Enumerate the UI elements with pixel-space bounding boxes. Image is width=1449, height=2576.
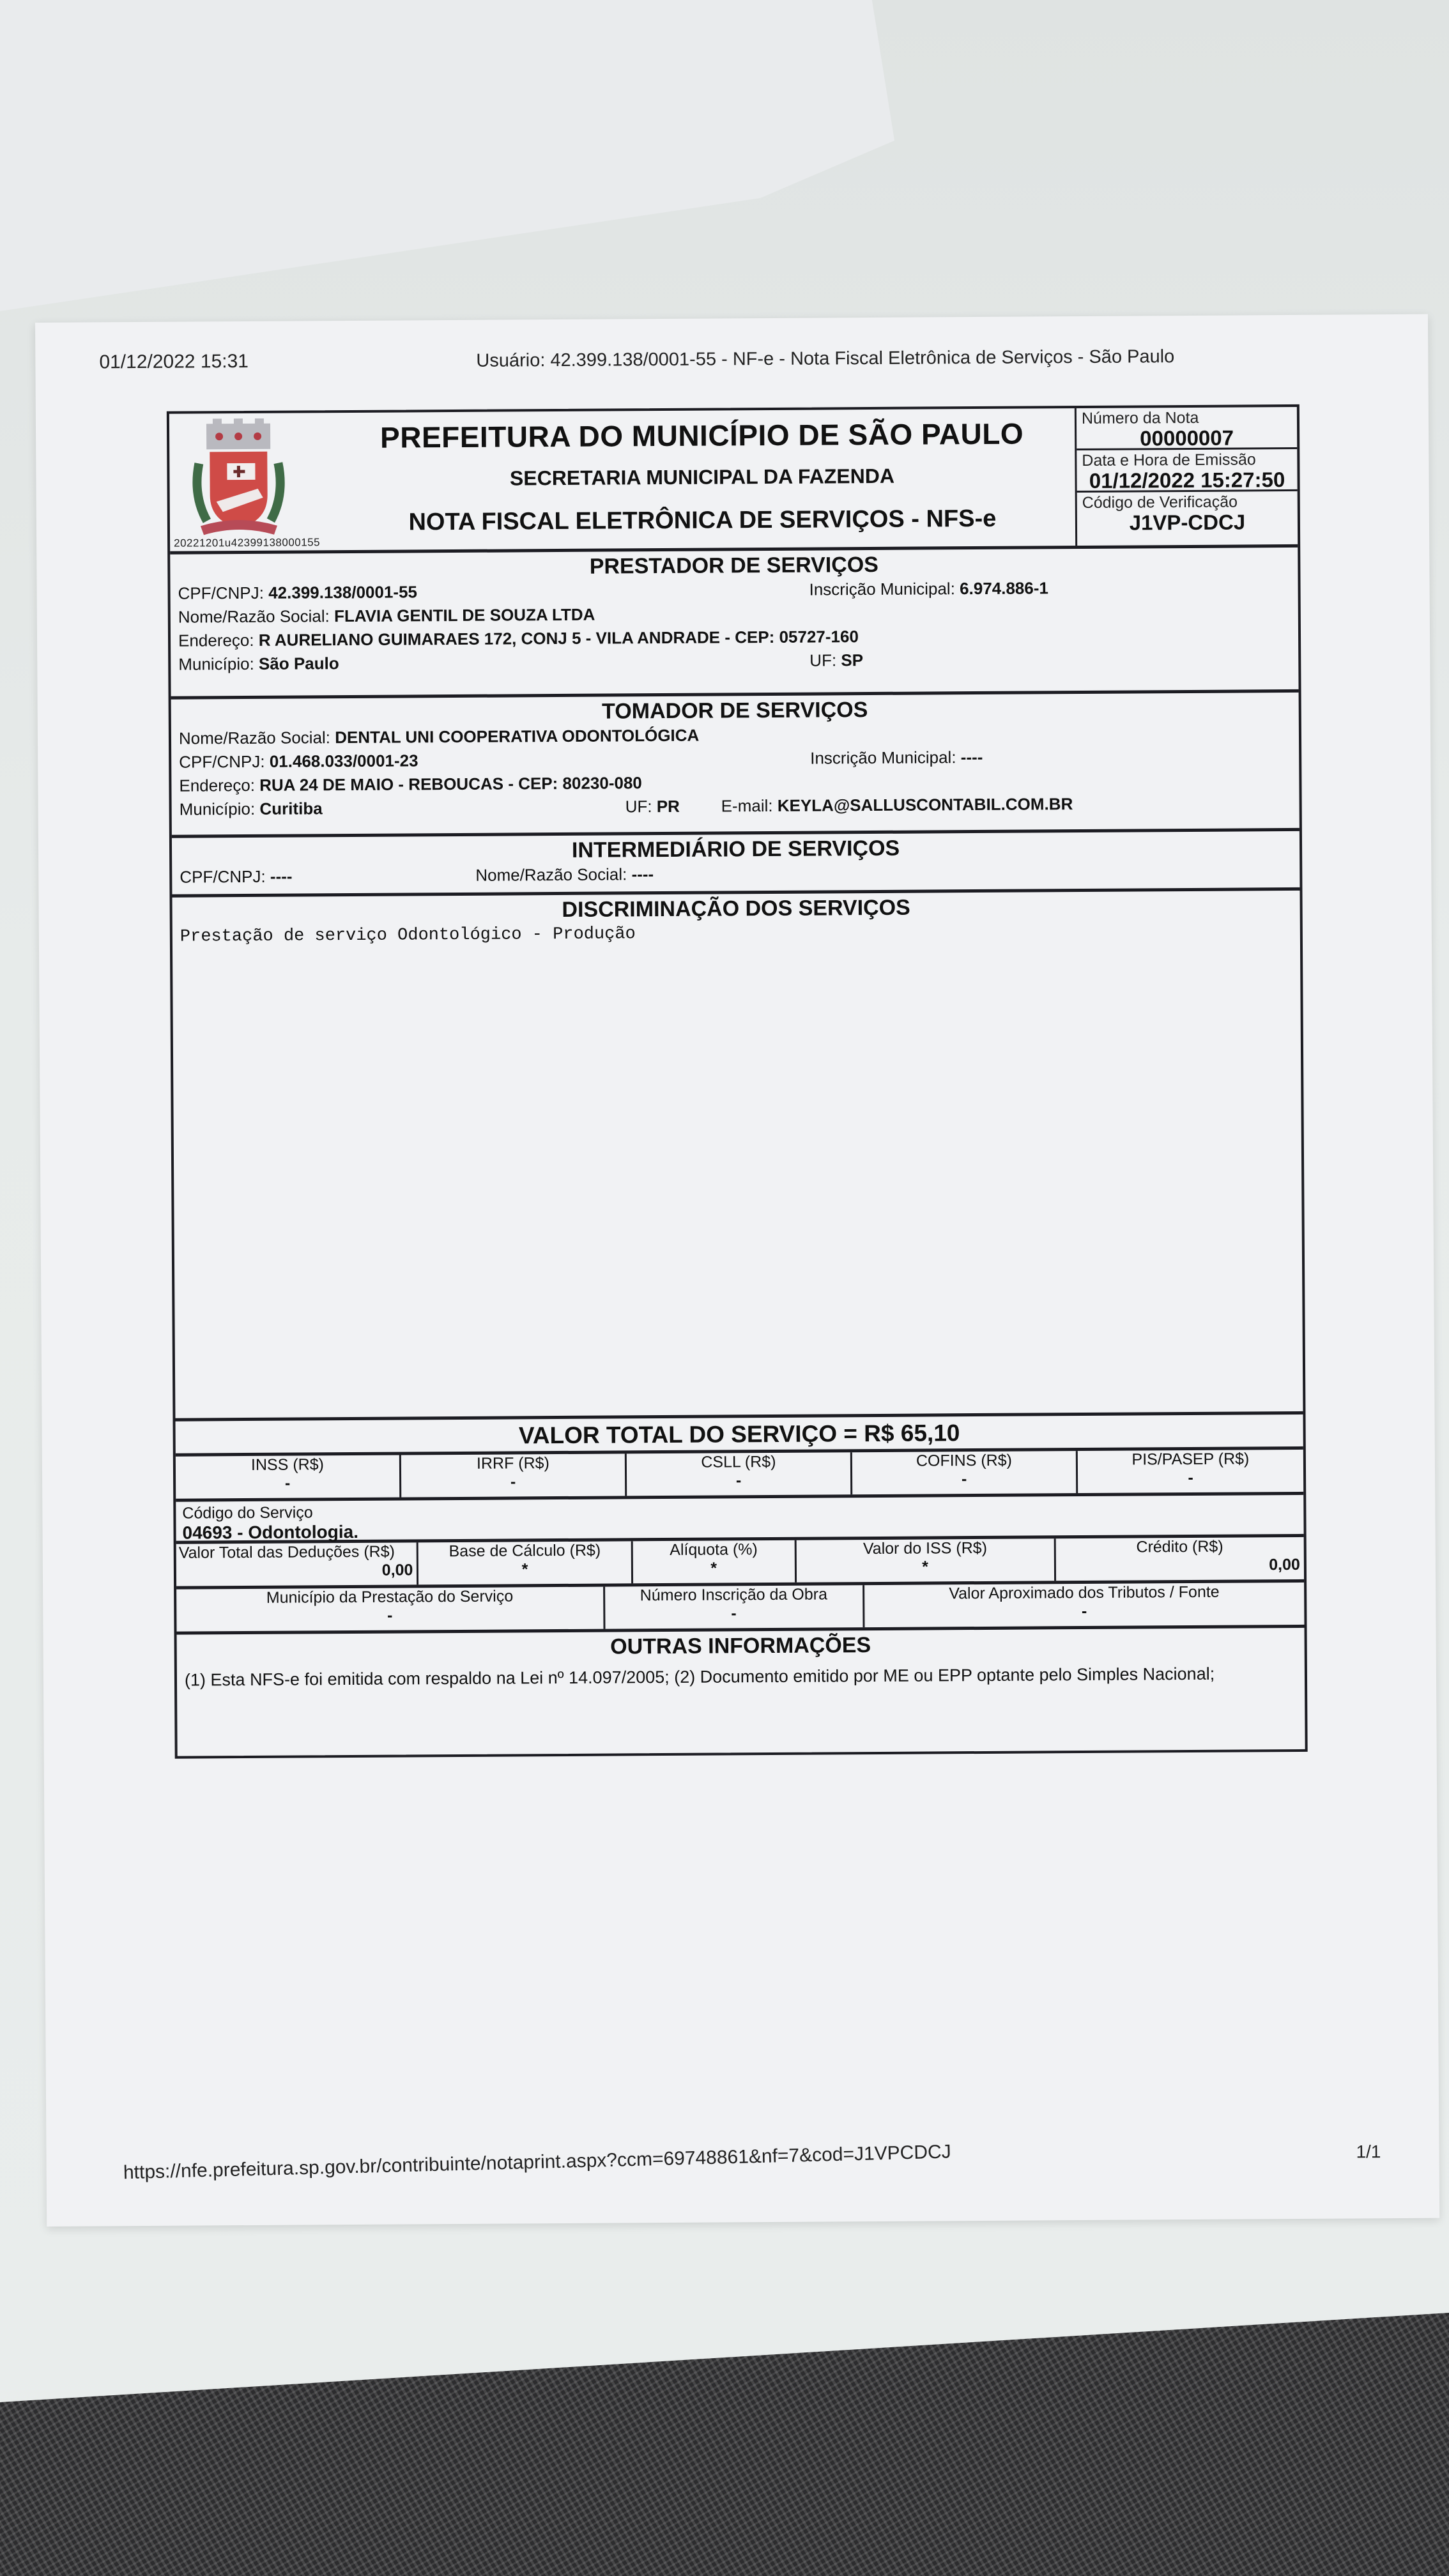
prestador-uf: SP [841, 650, 863, 670]
prestador-nome: FLAVIA GENTIL DE SOUZA LTDA [334, 605, 595, 625]
prestador-uf-label: UF: [809, 650, 836, 670]
prestador-nome-label: Nome/Razão Social: [178, 606, 330, 626]
prestador-municipio: São Paulo [259, 654, 339, 673]
municipio-prestacao: Município da Prestação do Serviço - [176, 1587, 605, 1632]
tributo-value: - [627, 1471, 850, 1491]
tomador-municipio: Curitiba [259, 799, 322, 818]
extra-value: - [176, 1606, 603, 1627]
calculo-credito: Crédito (R$) 0,00 [1055, 1537, 1304, 1581]
tributo-label: CSLL (R$) [627, 1452, 850, 1472]
intermediario-cnpj-label: CPF/CNPJ: [180, 867, 266, 887]
tributo-value: - [1078, 1468, 1303, 1488]
extra-label: Município da Prestação do Serviço [176, 1587, 603, 1608]
calculo-grid: Valor Total das Deduções (R$) 0,00 Base … [176, 1537, 1304, 1590]
codigo-servico: Código do Serviço 04693 - Odontologia. [176, 1495, 1303, 1544]
extra-value: - [605, 1604, 862, 1623]
tributo-value: - [401, 1472, 625, 1492]
nfse-title: NOTA FISCAL ELETRÔNICA DE SERVIÇOS - NFS… [330, 505, 1075, 537]
codigo-verificacao-label: Código de Verificação [1082, 493, 1292, 512]
intermediario-nome-group: Nome/Razão Social: ---- [475, 862, 654, 887]
nfse-header: 20221201u42399138000155 PREFEITURA DO MU… [169, 407, 1298, 555]
calculo-aliquota: Alíquota (%) * [632, 1540, 796, 1584]
calculo-deducoes: Valor Total das Deduções (R$) 0,00 [176, 1542, 419, 1586]
calculo-value: * [418, 1560, 631, 1579]
print-url: https://nfe.prefeitura.sp.gov.br/contrib… [123, 2141, 952, 2184]
calculo-label: Valor do ISS (R$) [796, 1538, 1054, 1558]
extra-value: - [864, 1601, 1305, 1622]
tributo-inss: INSS (R$) - [176, 1455, 401, 1499]
prestador-cnpj-label: CPF/CNPJ: [178, 583, 264, 603]
page-number: 1/1 [1356, 2142, 1381, 2162]
tributo-value: - [176, 1474, 399, 1494]
tomador-email: KEYLA@SALLUSCONTABIL.COM.BR [778, 794, 1073, 815]
prestador-im: 6.974.886-1 [960, 578, 1048, 598]
tributo-value: - [852, 1469, 1076, 1489]
numero-nota-value: 00000007 [1082, 427, 1292, 450]
printed-invoice-sheet: 01/12/2022 15:31 Usuário: 42.399.138/000… [35, 314, 1439, 2227]
intermediario-section: INTERMEDIÁRIO DE SERVIÇOS CPF/CNPJ: ----… [172, 831, 1300, 898]
nfse-meta-panel: Número da Nota 00000007 Data e Hora de E… [1075, 407, 1298, 546]
valor-aproximado-tributos: Valor Aproximado dos Tributos / Fonte - [864, 1583, 1305, 1627]
tributo-irrf: IRRF (R$) - [401, 1453, 627, 1497]
tomador-municipio-label: Município: [180, 799, 256, 819]
prestador-im-label: Inscrição Municipal: [809, 579, 954, 599]
secretaria-subtitle: SECRETARIA MUNICIPAL DA FAZENDA [329, 463, 1075, 491]
extra-label: Valor Aproximado dos Tributos / Fonte [864, 1583, 1305, 1604]
tomador-section: TOMADOR DE SERVIÇOS Nome/Razão Social: D… [171, 693, 1299, 838]
tributo-label: COFINS (R$) [852, 1451, 1076, 1471]
tomador-uf-group: UF: PR [625, 795, 680, 819]
coat-of-arms-icon [187, 418, 290, 540]
calculo-label: Alíquota (%) [632, 1540, 794, 1560]
calculo-value: * [797, 1557, 1054, 1577]
prestador-municipio-label: Município: [178, 654, 254, 674]
calculo-value: 0,00 [1056, 1556, 1304, 1575]
emissao-cell: Data e Hora de Emissão 01/12/2022 15:27:… [1077, 449, 1297, 493]
numero-inscricao-obra: Número Inscrição da Obra - [605, 1585, 864, 1629]
intermediario-nome-label: Nome/Razão Social: [475, 864, 627, 884]
prestador-im-group: Inscrição Municipal: 6.974.886-1 [809, 576, 1048, 601]
calculo-label: Valor Total das Deduções (R$) [176, 1542, 417, 1562]
calculo-iss: Valor do ISS (R$) * [796, 1538, 1055, 1582]
print-datetime: 01/12/2022 15:31 [99, 351, 249, 373]
numero-nota-label: Número da Nota [1082, 408, 1292, 428]
prestador-endereco: R AURELIANO GUIMARAES 172, CONJ 5 - VILA… [259, 627, 859, 650]
tomador-im: ---- [961, 747, 983, 767]
tomador-nome-label: Nome/Razão Social: [179, 728, 330, 747]
tomador-cnpj-label: CPF/CNPJ: [179, 752, 265, 772]
discriminacao-text: Prestação de serviço Odontológico - Prod… [172, 921, 1300, 947]
emissao-value: 01/12/2022 15:27:50 [1082, 469, 1292, 492]
outras-text: (1) Esta NFS-e foi emitida com respaldo … [185, 1662, 1297, 1692]
nfse-document: 20221201u42399138000155 PREFEITURA DO MU… [167, 404, 1308, 1759]
intermediario-cnpj: ---- [270, 867, 293, 886]
prestador-uf-group: UF: SP [809, 648, 863, 673]
tributo-label: INSS (R$) [176, 1455, 399, 1475]
tomador-endereco-label: Endereço: [179, 776, 255, 795]
tributo-label: IRRF (R$) [401, 1453, 625, 1473]
tomador-nome: DENTAL UNI COOPERATIVA ODONTOLÓGICA [335, 726, 699, 747]
tomador-endereco: RUA 24 DE MAIO - REBOUCAS - CEP: 80230-0… [259, 773, 642, 795]
header-titles: PREFEITURA DO MUNICÍPIO DE SÃO PAULO SEC… [329, 408, 1075, 550]
prestador-cnpj: 42.399.138/0001-55 [268, 582, 417, 602]
tributo-label: PIS/PASEP (R$) [1078, 1450, 1303, 1469]
calculo-label: Base de Cálculo (R$) [418, 1541, 631, 1561]
tomador-cnpj: 01.468.033/0001-23 [270, 751, 418, 770]
prestador-section: PRESTADOR DE SERVIÇOS CPF/CNPJ: 42.399.1… [170, 548, 1298, 700]
tributos-grid: INSS (R$) - IRRF (R$) - CSLL (R$) - COFI… [176, 1450, 1303, 1502]
tomador-im-label: Inscrição Municipal: [810, 747, 956, 767]
tomador-email-group: E-mail: KEYLA@SALLUSCONTABIL.COM.BR [721, 792, 1073, 818]
extra-label: Número Inscrição da Obra [605, 1585, 862, 1605]
tomador-im-group: Inscrição Municipal: ---- [810, 746, 983, 770]
print-user-line: Usuário: 42.399.138/0001-55 - NF-e - Not… [476, 346, 1174, 372]
tomador-uf-label: UF: [625, 797, 652, 816]
codigo-verificacao-cell: Código de Verificação J1VP-CDCJ [1077, 491, 1298, 542]
calculo-label: Crédito (R$) [1055, 1537, 1303, 1557]
tomador-email-label: E-mail: [721, 796, 773, 815]
outras-informacoes: OUTRAS INFORMAÇÕES (1) Esta NFS-e foi em… [177, 1628, 1305, 1756]
calculo-value: * [633, 1559, 795, 1579]
calculo-value: 0,00 [176, 1561, 417, 1581]
tributo-csll: CSLL (R$) - [627, 1452, 852, 1496]
prefeitura-title: PREFEITURA DO MUNICÍPIO DE SÃO PAULO [329, 416, 1075, 455]
crest-area: 20221201u42399138000155 [169, 413, 330, 551]
numero-nota-cell: Número da Nota 00000007 [1077, 407, 1297, 450]
prestador-endereco-label: Endereço: [178, 631, 254, 650]
discriminacao-section: DISCRIMINAÇÃO DOS SERVIÇOS Prestação de … [172, 891, 1303, 1422]
tomador-uf: PR [657, 797, 680, 816]
codigo-verificacao-value: J1VP-CDCJ [1082, 511, 1292, 534]
calculo-base: Base de Cálculo (R$) * [418, 1541, 633, 1584]
crest-code: 20221201u42399138000155 [174, 536, 320, 549]
tributo-cofins: COFINS (R$) - [852, 1451, 1078, 1494]
tributo-pis-pasep: PIS/PASEP (R$) - [1078, 1450, 1303, 1493]
extra-grid: Município da Prestação do Serviço - Núme… [176, 1583, 1304, 1635]
intermediario-nome: ---- [631, 864, 654, 884]
